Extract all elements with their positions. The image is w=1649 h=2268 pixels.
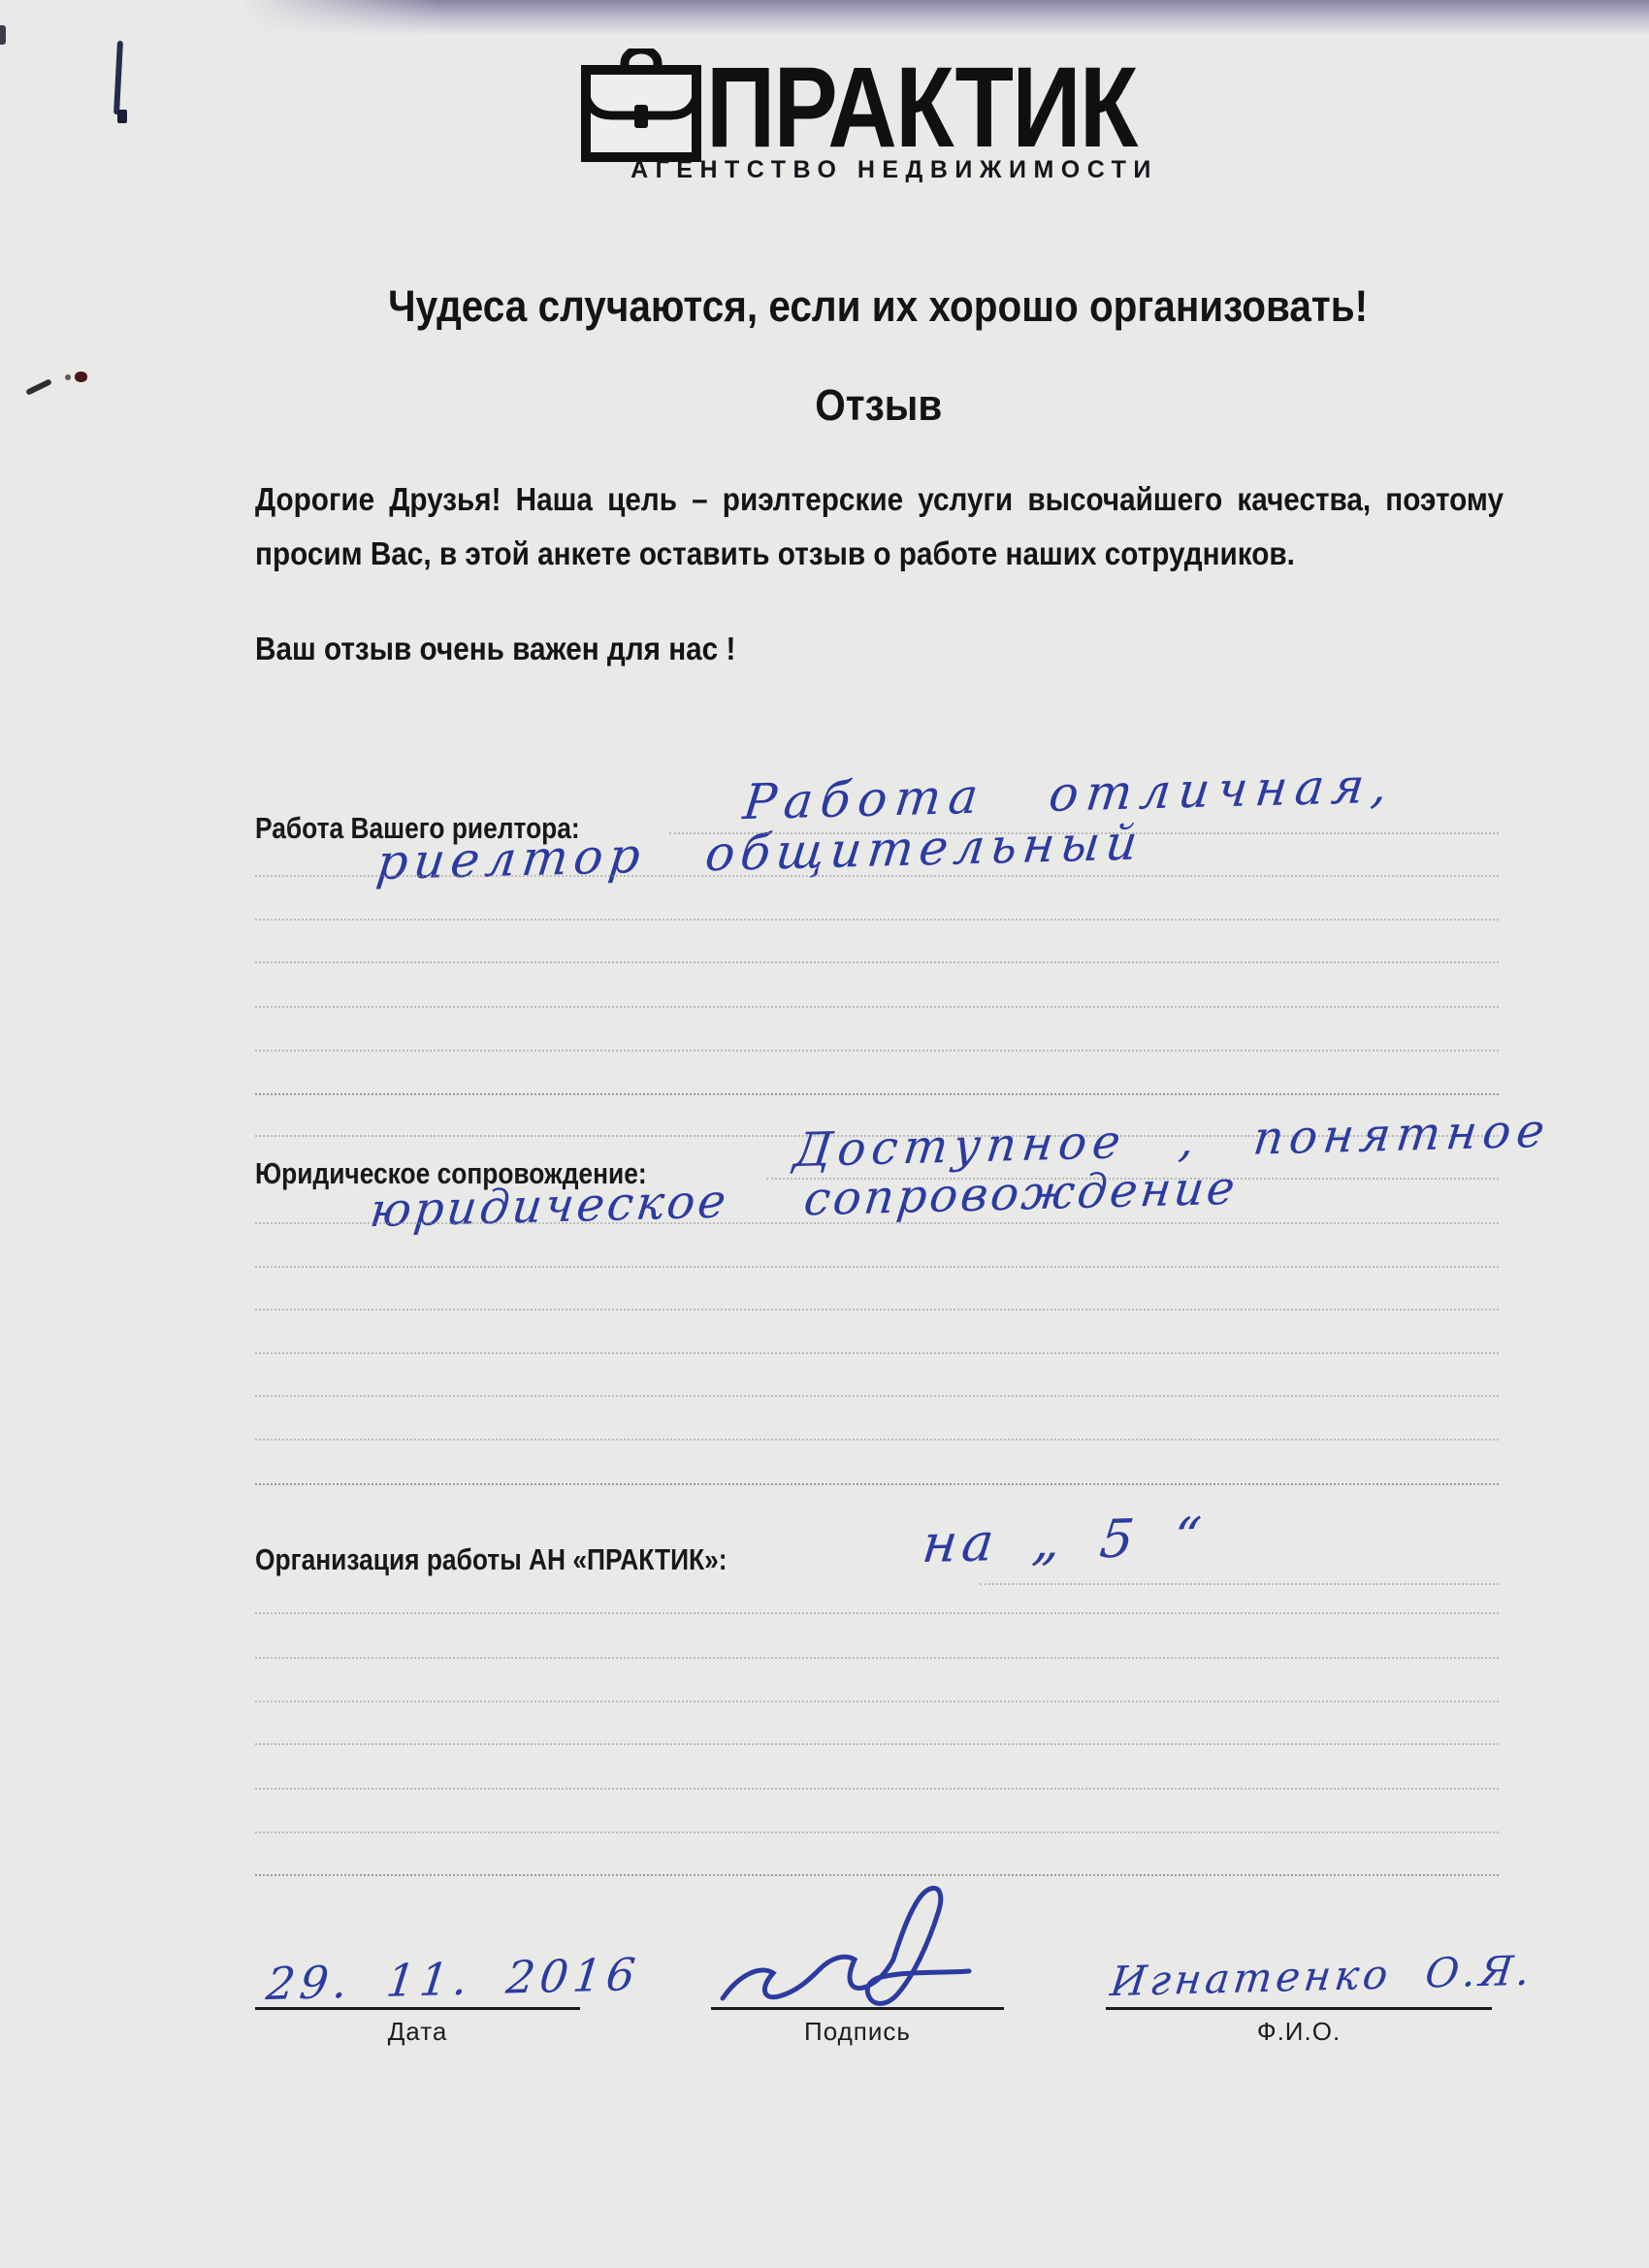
ruled-line [766,1178,1499,1180]
ink-speck [65,374,71,380]
signature-label: Подпись [711,2017,1004,2047]
name-value: Игнатенко О.Я. [1108,1947,1536,2006]
ruled-line [255,919,1499,921]
scan-edge-mark [0,25,6,45]
intro-paragraph: Дорогие Друзья! Наша цель – риэлтерские … [255,472,1503,581]
ruled-line [255,1222,1499,1224]
brand-subtitle: АГЕНТСТВО НЕДВИЖИМОСТИ [578,156,1211,184]
note-text: Ваш отзыв очень важен для нас ! [255,631,735,667]
scanned-feedback-form: ПРАКТИК АГЕНТСТВО НЕДВИЖИМОСТИ Чудеса сл… [0,0,1649,2268]
ruled-line [255,1657,1499,1659]
name-line [1106,2007,1492,2010]
ruled-line [255,1701,1499,1702]
ruled-line [255,1266,1499,1268]
field-label-organisation: Организация работы АН «ПРАКТИК»: [255,1542,727,1577]
date-label: Дата [255,2017,580,2047]
ruled-line [255,1483,1499,1485]
handwritten-answer: на „ 5 “ [920,1506,1209,1574]
ruled-line [255,1831,1499,1833]
ruled-line [255,1309,1499,1311]
brand-text: ПРАКТИК [706,50,1137,165]
slogan-row: Чудеса случаются, если их хорошо организ… [255,281,1502,332]
ink-speck-red [75,372,87,382]
ruled-line [255,1093,1499,1095]
date-line [255,2007,580,2010]
ruled-line [255,1743,1499,1745]
ruled-line [255,1050,1499,1052]
ruled-line [255,961,1499,963]
ruled-line [255,1395,1499,1397]
ruled-line [255,1612,1499,1614]
ruled-line [255,1874,1499,1876]
ruled-line [255,1788,1499,1790]
signature-line [711,2007,1004,2010]
date-value: 29. 11. 2016 [264,1948,643,2010]
slogan-text: Чудеса случаются, если их хорошо организ… [388,281,1368,332]
name-label: Ф.И.О. [1106,2017,1492,2047]
form-title: Отзыв [815,380,942,431]
pen-mark-tip [117,110,127,123]
ruled-line [255,1439,1499,1441]
ruled-line [980,1583,1499,1585]
ink-dash-mark [25,378,52,396]
ruled-line [255,1352,1499,1354]
signature-scribble [711,1884,1012,2025]
scanner-shadow-band [242,0,1649,35]
form-title-row: Отзыв [255,380,1502,431]
briefcase-icon [580,49,702,168]
ruled-line [669,832,1499,834]
ruled-line [255,1006,1499,1008]
pen-mark [113,41,123,114]
ruled-line [255,875,1499,877]
